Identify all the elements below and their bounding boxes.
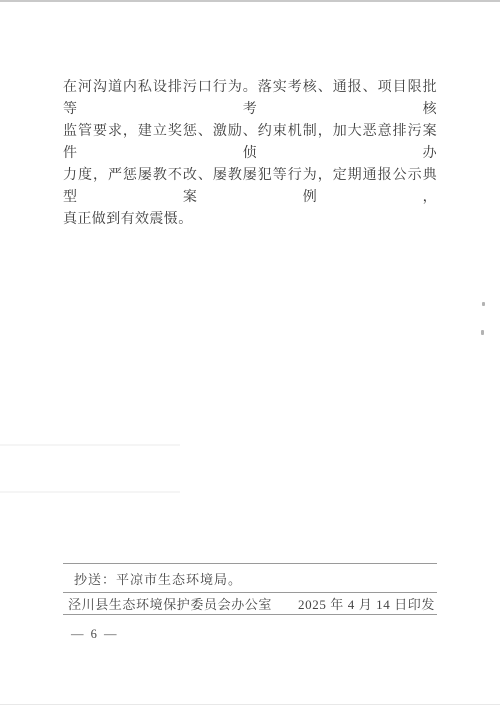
- scan-edge-bottom: [0, 704, 500, 705]
- cc-row: 抄送：平凉市生态环境局。: [63, 564, 437, 592]
- document-body-paragraph: 在河沟道内私设排污口行为。落实考核、通报、项目限批等考核 监管要求，建立奖惩、激…: [63, 77, 437, 231]
- scan-artifact-speck: [482, 302, 485, 306]
- scanned-document-page: 在河沟道内私设排污口行为。落实考核、通报、项目限批等考核 监管要求，建立奖惩、激…: [0, 0, 500, 709]
- scan-artifact-smudge: [0, 444, 180, 446]
- print-date: 2025 年 4 月 14 日印发: [298, 594, 435, 613]
- page-number: — 6 —: [71, 627, 119, 642]
- scan-artifact-speck: [481, 330, 484, 335]
- body-line: 真正做到有效震慑。: [63, 209, 437, 231]
- cc-text: 抄送：平凉市生态环境局。: [74, 569, 242, 588]
- issuer-row: 泾川县生态环境保护委员会办公室 2025 年 4 月 14 日印发: [63, 592, 437, 615]
- scan-edge-top: [0, 0, 500, 2]
- document-footer: 抄送：平凉市生态环境局。 泾川县生态环境保护委员会办公室 2025 年 4 月 …: [63, 563, 437, 615]
- scan-artifact-smudge: [0, 491, 180, 493]
- body-line: 在河沟道内私设排污口行为。落实考核、通报、项目限批等考核: [63, 77, 437, 121]
- issuing-office: 泾川县生态环境保护委员会办公室: [68, 594, 272, 613]
- body-line: 监管要求，建立奖惩、激励、约束机制，加大恶意排污案件侦办: [63, 121, 437, 165]
- body-line: 力度，严惩屡教不改、屡教屡犯等行为，定期通报公示典型案例，: [63, 165, 437, 209]
